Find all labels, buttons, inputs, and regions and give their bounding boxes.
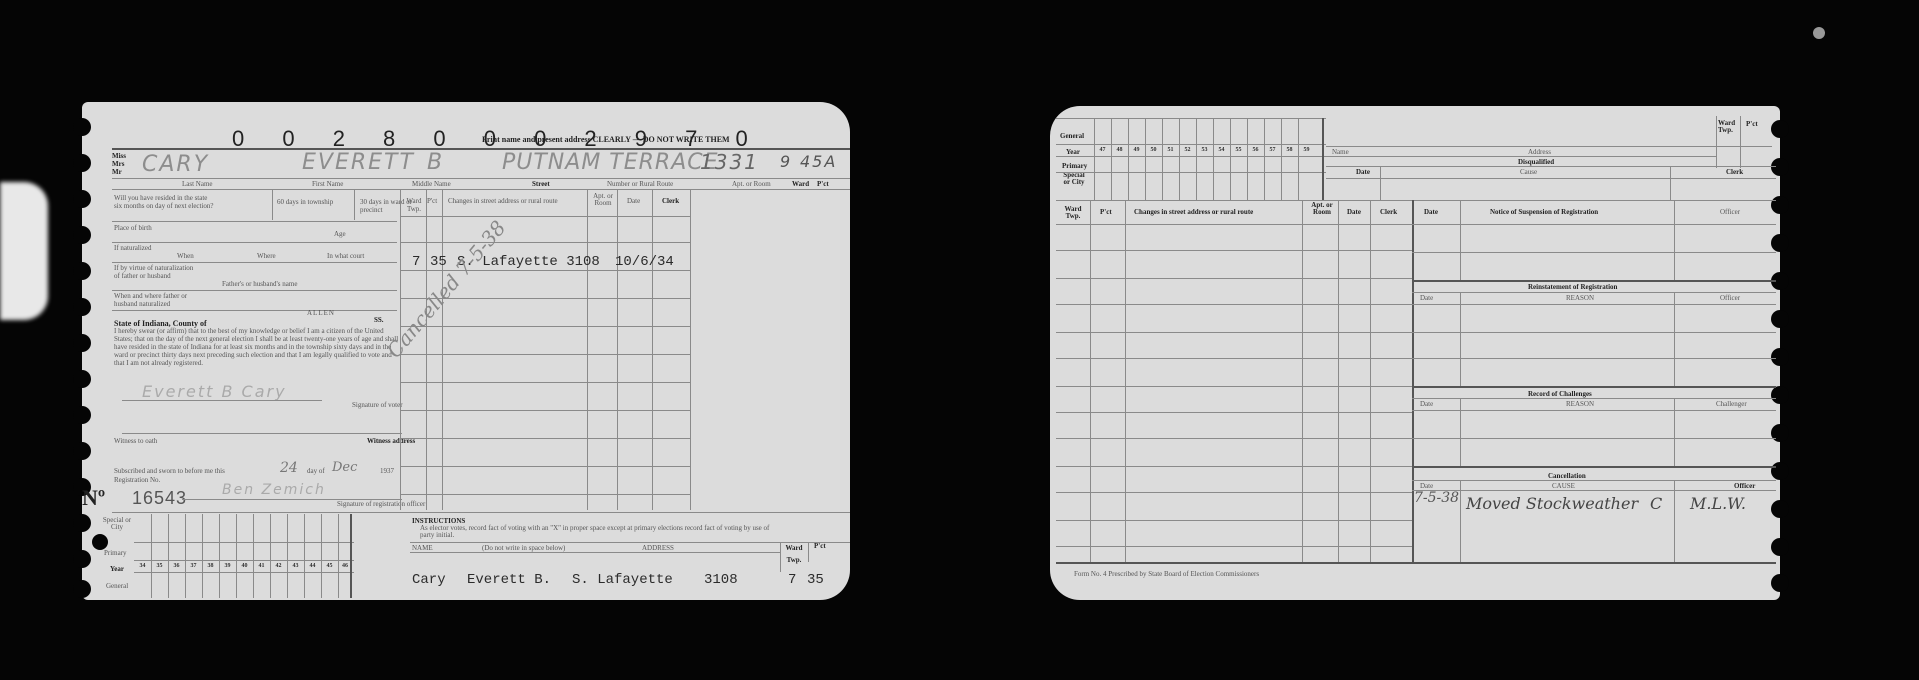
- naturalized-label: If naturalized: [114, 244, 164, 252]
- first-name-value: EVERETT: [302, 150, 415, 175]
- grid-row-special: Special or City: [102, 517, 132, 531]
- middle-name-value: B: [427, 150, 444, 175]
- disq-heading: Disqualified: [1518, 158, 1554, 166]
- first-name-label: First Name: [312, 180, 343, 188]
- back-grid-row-year: Year: [1066, 148, 1080, 156]
- township-question: 60 days in township: [277, 198, 347, 206]
- grid-row-primary: Primary: [104, 549, 127, 557]
- col-pct: P'ct: [427, 197, 437, 205]
- stub-pct: 35: [807, 572, 824, 588]
- stub-name-label: NAME: [412, 544, 433, 552]
- punch-hole: [92, 534, 108, 550]
- col-changes: Changes in street address or rural route: [448, 197, 558, 205]
- film-speck: [1813, 27, 1825, 39]
- cancellation-cause-label: CAUSE: [1552, 482, 1575, 490]
- reinstatement-reason-label: REASON: [1566, 294, 1594, 302]
- stub-ward: 7: [788, 572, 796, 588]
- suspension-date-label: Date: [1424, 208, 1438, 216]
- registration-no-label: Registration No.: [114, 476, 160, 484]
- birthplace-label: Place of birth: [114, 224, 154, 232]
- reinstatement-date-label: Date: [1420, 294, 1433, 302]
- disq-cause-label: Cause: [1520, 168, 1537, 176]
- registration-number: 16543: [132, 488, 187, 509]
- subscribed-month: Dec: [332, 460, 357, 475]
- disq-date-label: Date: [1356, 168, 1370, 176]
- header-instruction: Print name and present address CLEARLY —…: [482, 135, 730, 144]
- reinstatement-heading: Reinstatement of Registration: [1528, 283, 1617, 291]
- cancellation-officer-value: M.L.W.: [1690, 494, 1746, 513]
- house-number-value: 1331: [700, 150, 759, 174]
- stub-no-write-label: (Do not write in space below): [482, 544, 565, 552]
- street-label: Street: [532, 180, 550, 188]
- cancelled-note: Cancelled 7-5-38: [382, 216, 511, 363]
- col-clerk: Clerk: [662, 197, 679, 205]
- grid-row-year: Year: [110, 565, 124, 573]
- cancellation-cause-value: Moved Stockweather: [1466, 494, 1638, 513]
- stub-street: S. Lafayette: [572, 572, 673, 588]
- back-col-date: Date: [1347, 208, 1361, 216]
- disq-pct-label: P'ct: [1746, 120, 1758, 128]
- day-of-label: day of: [307, 467, 325, 475]
- cancellation-heading: Cancellation: [1548, 472, 1586, 480]
- age-label: Age: [334, 230, 346, 238]
- officer-signature: Ben Zemich: [222, 482, 326, 498]
- ward-value: 9: [780, 152, 792, 171]
- back-col-pct: P'ct: [1100, 208, 1112, 216]
- witness-label: Witness to oath: [114, 437, 157, 445]
- back-col-changes: Changes in street address or rural route: [1134, 208, 1253, 216]
- reinstatement-officer-label: Officer: [1720, 294, 1740, 302]
- father-naturalized-label: When and where father or husband natural…: [114, 292, 199, 308]
- form-note: Form No. 4 Prescribed by State Board of …: [1074, 570, 1259, 578]
- subscribed-year: 1937: [380, 467, 394, 475]
- where-label: Where: [257, 252, 276, 260]
- registration-prefix: Nº: [82, 485, 105, 511]
- back-grid-row-special: Special or City: [1060, 172, 1088, 186]
- voter-signature: Everett B Cary: [142, 382, 287, 401]
- film-glare: [0, 182, 48, 320]
- registration-card-back: General Year Primary Special or City 47 …: [1050, 106, 1780, 600]
- back-col-ward: Ward Twp.: [1060, 206, 1086, 220]
- court-label: In what court: [327, 252, 364, 260]
- when-label: When: [177, 252, 194, 260]
- oath-text: I hereby swear (or affirm) that to the b…: [114, 327, 399, 367]
- last-name-label: Last Name: [182, 180, 213, 188]
- disq-name-label: Name: [1332, 148, 1349, 156]
- precinct-value: 45A: [800, 152, 837, 171]
- stub-first-name: Everett B.: [467, 572, 551, 588]
- stub-address-label: ADDRESS: [642, 544, 674, 552]
- stub-last-name: Cary: [412, 572, 446, 588]
- challenges-reason-label: REASON: [1566, 400, 1594, 408]
- cancellation-date-value: 7-5-38: [1414, 490, 1459, 506]
- challenges-heading: Record of Challenges: [1528, 390, 1592, 398]
- stub-number: 3108: [704, 572, 738, 588]
- number-label: Number or Rural Route: [607, 180, 673, 188]
- last-name-value: CARY: [142, 152, 209, 177]
- back-grid-row-general: General: [1060, 132, 1084, 140]
- ss-label: SS.: [374, 316, 384, 324]
- cancellation-date-label: Date: [1420, 482, 1433, 490]
- back-grid-row-primary: Primary: [1062, 162, 1087, 170]
- col-date: Date: [627, 197, 640, 205]
- back-col-clerk: Clerk: [1380, 208, 1397, 216]
- title-labels: Miss Mrs Mr: [112, 152, 126, 176]
- grid-row-general: General: [106, 582, 128, 590]
- col-apt: Apt. or Room: [589, 193, 617, 207]
- subscribed-label: Subscribed and sworn to before me this: [114, 467, 225, 475]
- subscribed-day: 24: [280, 460, 298, 476]
- resided-question: Will you have resided in the state six m…: [114, 194, 214, 210]
- pct-label: P'ct: [817, 180, 829, 188]
- stub-ward-label: Ward Twp.: [782, 542, 806, 566]
- street-value: PUTNAM TERRACE: [502, 150, 719, 175]
- ward-label: Ward: [792, 180, 809, 188]
- middle-name-label: Middle Name: [412, 180, 451, 188]
- disq-ward-label: Ward Twp.: [1718, 120, 1740, 134]
- county-value: ALLEN: [307, 309, 335, 317]
- disq-address-label: Address: [1528, 148, 1551, 156]
- cancellation-officer-label: Officer: [1734, 482, 1755, 490]
- stub-pct-label: P'ct: [814, 542, 826, 550]
- disq-clerk-label: Clerk: [1726, 168, 1743, 176]
- challenges-date-label: Date: [1420, 400, 1433, 408]
- cancellation-initials: C: [1650, 494, 1662, 513]
- by-virtue-label: If by virtue of naturalization of father…: [114, 264, 194, 280]
- voter-signature-label: Signature of voter: [352, 401, 403, 409]
- back-col-apt: Apt. or Room: [1308, 202, 1336, 216]
- suspension-officer-label: Officer: [1720, 208, 1740, 216]
- apt-label: Apt. or Room: [732, 180, 771, 188]
- challenges-challenger-label: Challenger: [1716, 400, 1747, 408]
- officer-signature-label: Signature of registration officer: [337, 500, 425, 508]
- instructions-text: As elector votes, record fact of voting …: [420, 525, 780, 539]
- suspension-heading: Notice of Suspension of Registration: [1490, 208, 1598, 216]
- father-name-label: Father's or husband's name: [222, 280, 297, 288]
- col-ward-twp: Ward Twp.: [402, 197, 426, 213]
- registration-card-front: 0 0 2 8 0 0 0 2 9 7 0 Print name and pre…: [82, 102, 850, 600]
